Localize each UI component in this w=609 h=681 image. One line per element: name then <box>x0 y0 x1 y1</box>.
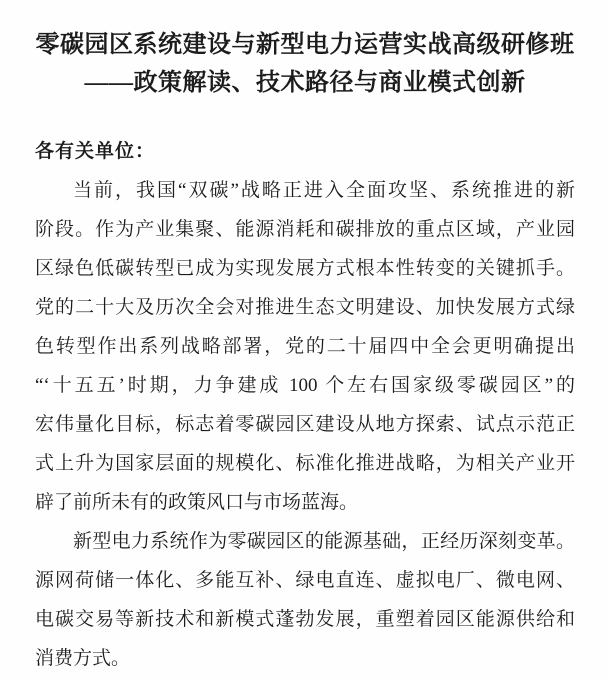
body-line: 源网荷储一体化、多能互补、绿电直连、虚拟电厂、微电网、 <box>35 561 575 600</box>
body-line: 式上升为国家层面的规模化、标准化推进战略，为相关产业开 <box>35 444 575 483</box>
body-line: 新型电力系统作为零碳园区的能源基础，正经历深刻变革。 <box>35 522 575 561</box>
title-line-1: 零碳园区系统建设与新型电力运营实战高级研修班 <box>35 26 575 64</box>
document-page: 零碳园区系统建设与新型电力运营实战高级研修班 ——政策解读、技术路径与商业模式创… <box>0 0 609 681</box>
body-line: 阶段。作为产业集聚、能源消耗和碳排放的重点区域，产业园 <box>35 210 575 249</box>
body-line: 辟了前所未有的政策风口与市场蓝海。 <box>35 483 575 522</box>
body-line: 党的二十大及历次全会对推进生态文明建设、加快发展方式绿 <box>35 288 575 327</box>
document-title: 零碳园区系统建设与新型电力运营实战高级研修班 ——政策解读、技术路径与商业模式创… <box>35 26 575 102</box>
body-line: 电碳交易等新技术和新模式蓬勃发展，重塑着园区能源供给和 <box>35 600 575 639</box>
salutation: 各有关单位： <box>35 132 575 171</box>
body-line: 色转型作出系列战略部署，党的二十届四中全会更明确提出 <box>35 327 575 366</box>
body-line: 区绿色低碳转型已成为实现发展方式根本性转变的关键抓手。 <box>35 249 575 288</box>
title-line-2: ——政策解读、技术路径与商业模式创新 <box>35 64 575 102</box>
document-body: 当前，我国“双碳”战略正进入全面攻坚、系统推进的新阶段。作为产业集聚、能源消耗和… <box>35 171 575 678</box>
body-line: 当前，我国“双碳”战略正进入全面攻坚、系统推进的新 <box>35 171 575 210</box>
body-line: 宏伟量化目标，标志着零碳园区建设从地方探索、试点示范正 <box>35 405 575 444</box>
body-line: 消费方式。 <box>35 639 575 678</box>
body-line: “‘十五五’时期，力争建成 100 个左右国家级零碳园区”的 <box>35 366 575 405</box>
